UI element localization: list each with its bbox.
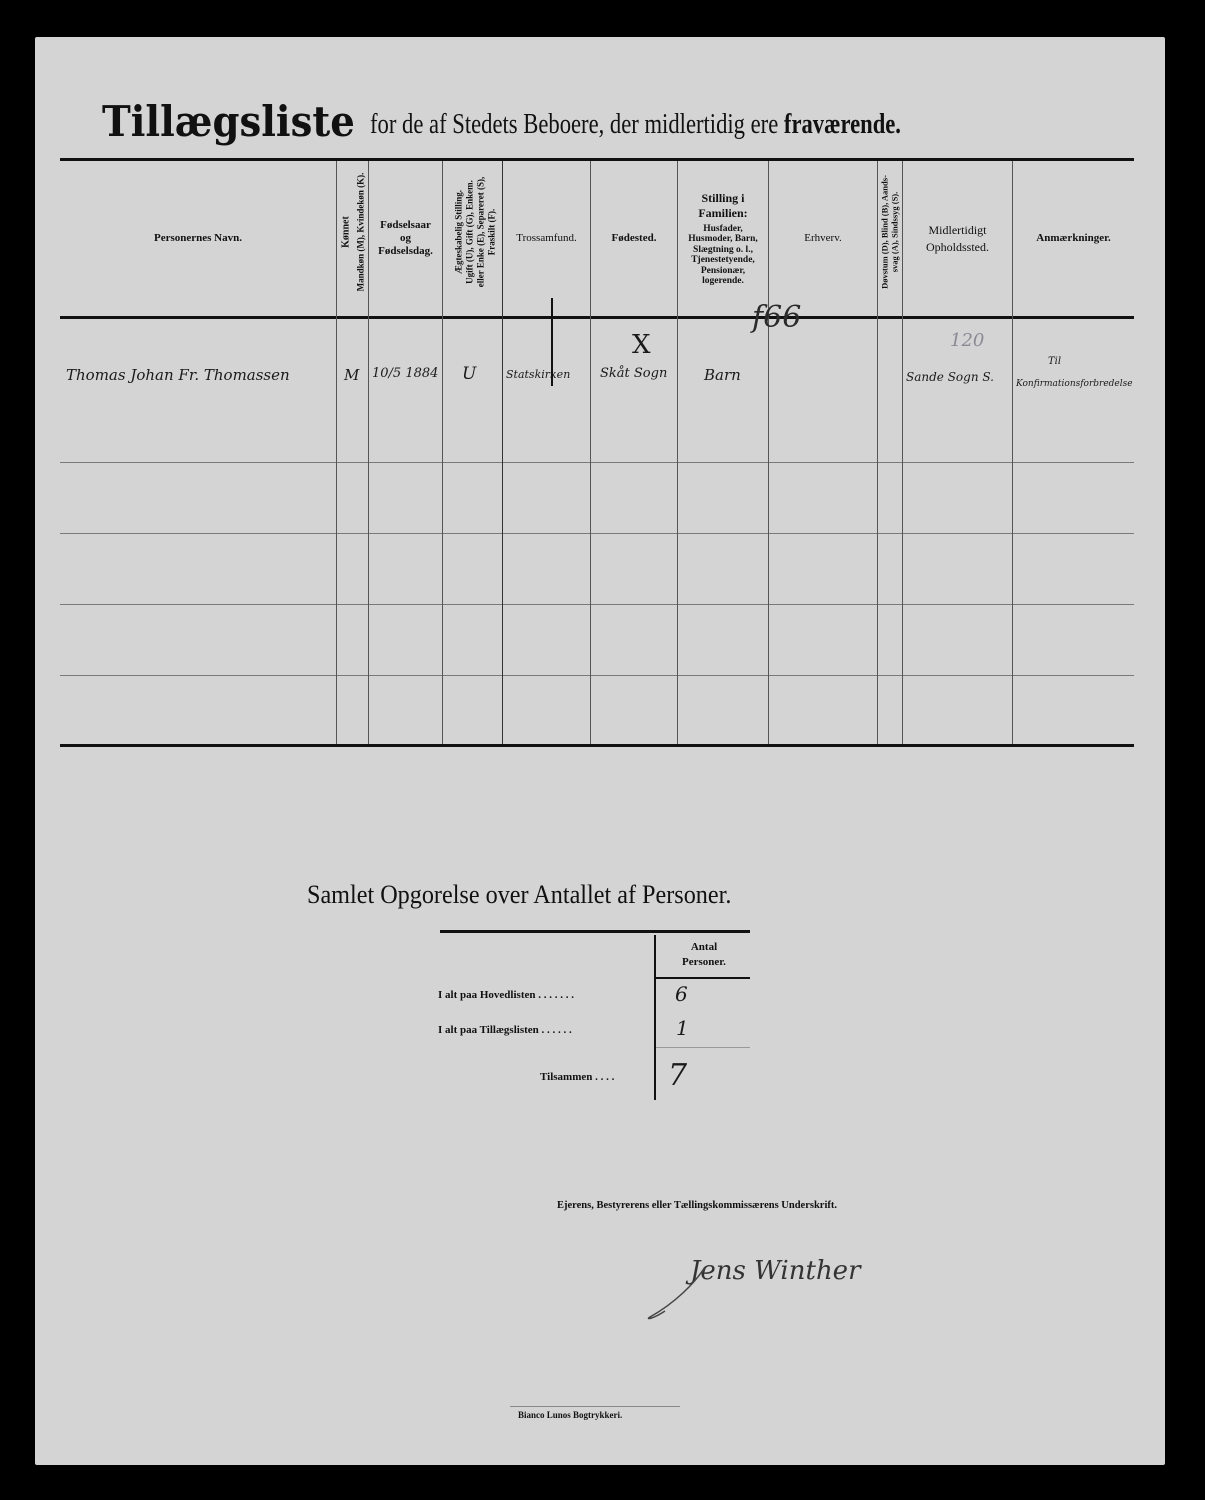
header-birthplace: Fødested. (591, 161, 677, 316)
header-religion: Trossamfund. (503, 161, 590, 316)
header-birth: Fødselsaar og Fødselsdag. (369, 161, 442, 316)
summary-header-rule (656, 977, 750, 979)
header-temp-residence: Midlertidigt Opholdssted. (903, 161, 1012, 316)
header-sex: Kønnet Mandkøn (M), Kvindekøn (K). (337, 161, 368, 316)
header-family-position: Stilling i Familien: Husfader, Husmoder,… (678, 161, 768, 316)
header-family-body: Husfader, Husmoder, Barn, Slægtning o. l… (683, 224, 763, 287)
printer-imprint: Bianco Lunos Bogtrykkeri. (518, 1410, 622, 1420)
form-subtitle: for de af Stedets Beboere, der midlertid… (370, 106, 901, 142)
cell-family-position: Barn (704, 366, 741, 384)
summary-value-hovedlisten: 6 (675, 982, 688, 1006)
header-birth-label: Fødselsaar og Fødselsdag. (376, 219, 436, 258)
row-divider (60, 533, 1134, 534)
signature-label: Ejerens, Bestyrerens eller Tællingskommi… (557, 1200, 837, 1211)
cell-religion: Statskirken (506, 368, 570, 381)
table-bottom-rule (60, 744, 1134, 747)
summary-total-rule (656, 1047, 750, 1048)
summary-value-tilsammen: 7 (668, 1058, 687, 1093)
religion-check-mark (551, 298, 553, 386)
signature-flourish-icon (645, 1263, 715, 1323)
cell-temp-residence: Sande Sogn S. (906, 370, 994, 384)
cell-remarks-line1: Til (1048, 356, 1061, 367)
summary-col-header-1: Antal (658, 941, 750, 953)
summary-divider (654, 935, 656, 1100)
header-marital: Ægteskabelig Stilling. Ugift (U), Gift (… (443, 161, 502, 316)
cell-marital: U (462, 364, 476, 384)
cell-sex: M (344, 366, 359, 384)
signature-flourish (645, 1263, 715, 1327)
header-remarks: Anmærkninger. (1013, 161, 1134, 316)
header-bottom-rule (60, 316, 1134, 319)
header-marital-line2: Ugift (U), Gift (G), Enkem. (465, 155, 475, 310)
summary-label-tillaegslisten: I alt paa Tillægslisten . . . . . . (438, 1024, 572, 1036)
form-subtitle-text: for de af Stedets Beboere, der midlertid… (370, 108, 778, 140)
cell-temp-residence-code: 120 (950, 330, 984, 351)
header-marital-line1: Ægteskabelig Stilling. (454, 155, 464, 310)
header-disability: Døvstum (D), Blind (B), Aands- svag (A),… (878, 161, 902, 316)
header-sex-line1: Kønnet (342, 155, 352, 310)
header-marital-line4: Fraskilt (F). (487, 155, 497, 310)
cell-name: Thomas Johan Fr. Thomassen (66, 366, 290, 384)
header-family-title: Stilling i Familien: (688, 191, 758, 221)
form-title: Tillægsliste (102, 98, 355, 146)
printer-rule (510, 1406, 680, 1407)
summary-label-tilsammen: Tilsammen . . . . (540, 1071, 614, 1083)
header-temp-residence-label: Midlertidigt Opholdssted. (918, 222, 998, 256)
header-sex-line2: Mandkøn (M), Kvindekøn (K). (356, 155, 366, 310)
cell-remarks-line2: Konfirmationsforbredelse (1016, 372, 1128, 396)
row-divider (60, 675, 1134, 676)
form-subtitle-bold: fraværende. (784, 108, 901, 140)
summary-value-tillaegslisten: 1 (676, 1016, 689, 1040)
header-occupation: Erhverv. (769, 161, 877, 316)
header-disability-line2: svag (A), Sindssyg (S). (890, 155, 900, 310)
summary-col-header-2: Personer. (658, 956, 750, 968)
cell-birthplace-mark: X (632, 330, 651, 360)
cell-birthplace: Skåt Sogn (600, 366, 667, 381)
summary-top-rule (440, 930, 750, 933)
cell-birth: 10/5 1884 (372, 366, 438, 381)
header-name: Personernes Navn. (60, 161, 336, 316)
summary-label-hovedlisten: I alt paa Hovedlisten . . . . . . . (438, 989, 574, 1001)
row-divider (60, 462, 1134, 463)
row-divider (60, 604, 1134, 605)
header-marital-line3: eller Enke (E), Separeret (S), (476, 155, 486, 310)
cell-occupation-mark: f66 (752, 300, 801, 335)
header-disability-line1: Døvstum (D), Blind (B), Aands- (880, 155, 890, 310)
signature-value: Jens Winther (690, 1256, 861, 1286)
summary-title: Samlet Opgorelse over Antallet af Person… (307, 880, 731, 910)
